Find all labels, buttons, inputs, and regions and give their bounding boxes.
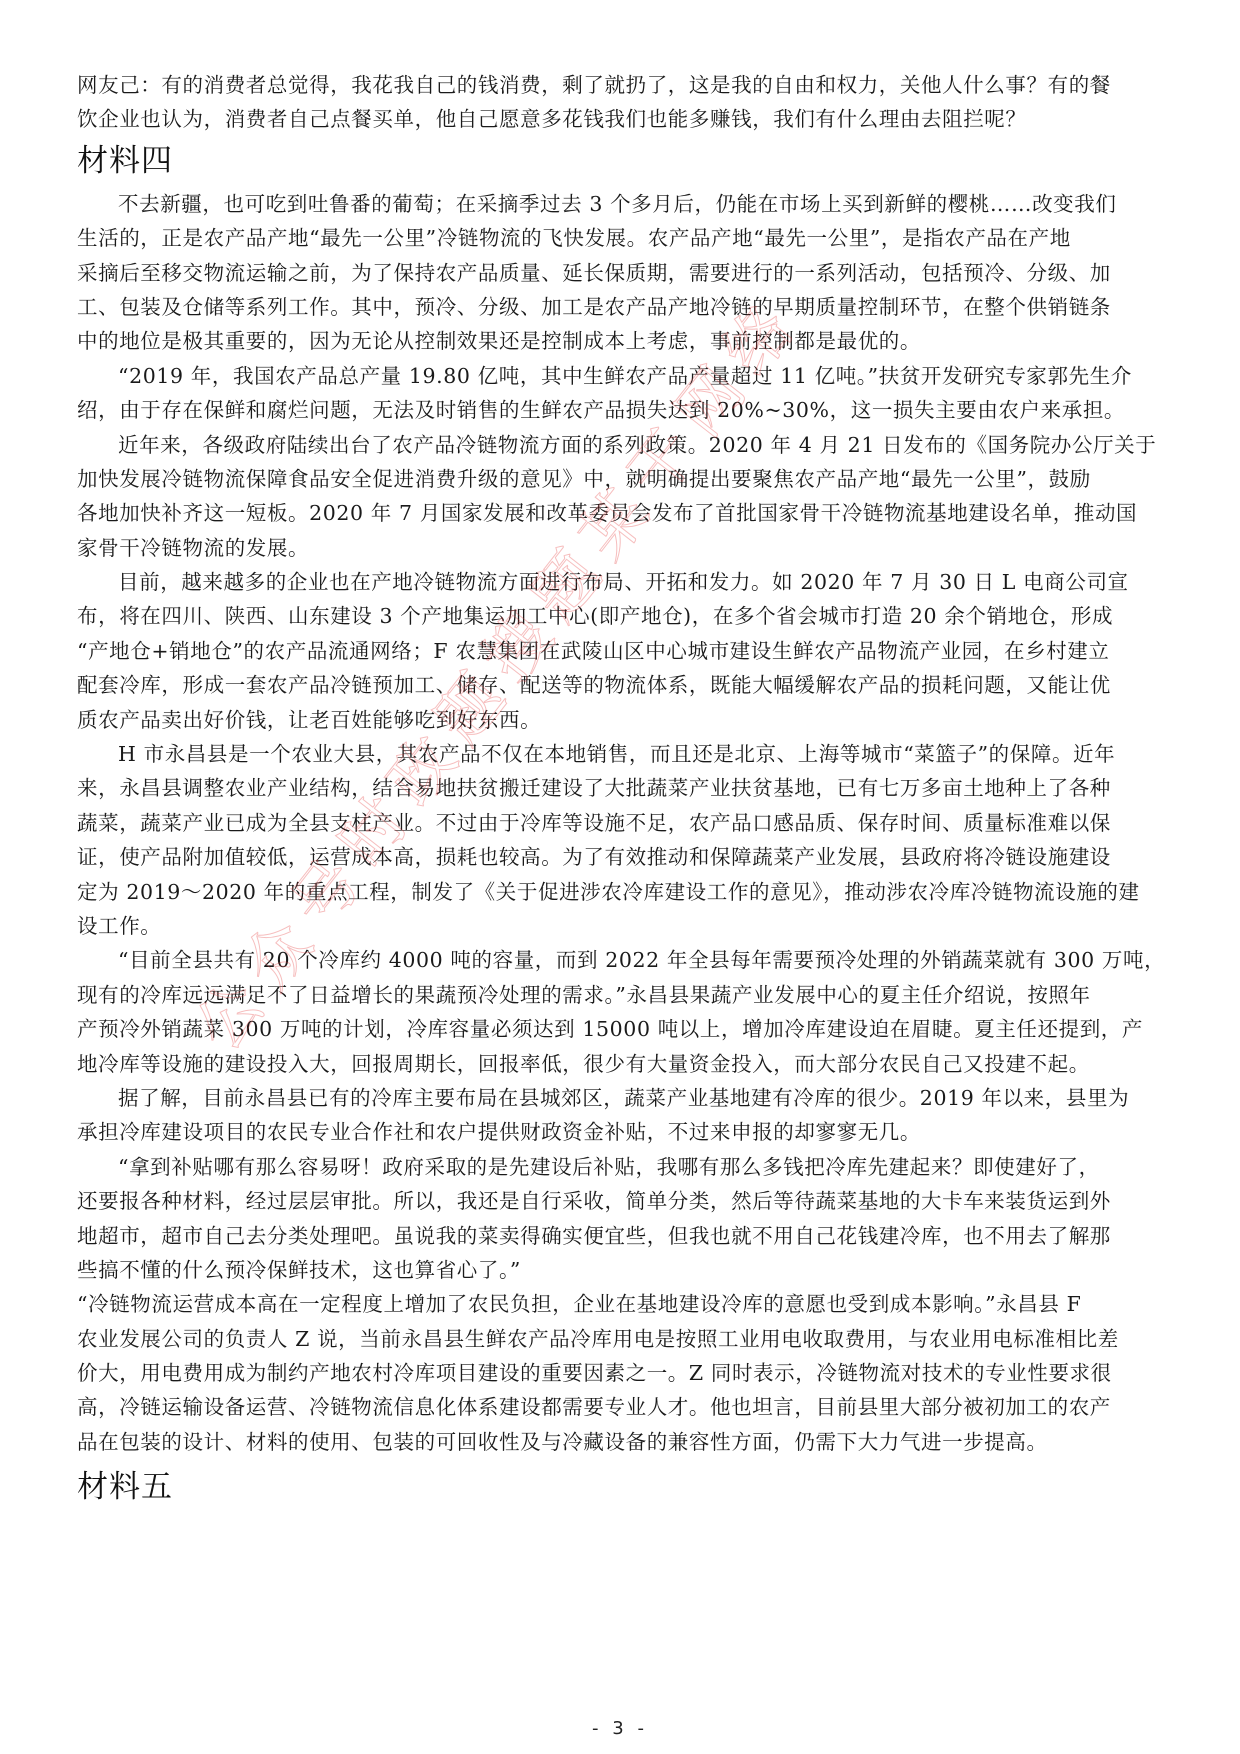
paragraph-2: “2019 年，我国农产品总产量 19.80 亿吨，其中生鲜农产品产量超过 11…: [77, 359, 1167, 428]
paragraph-line: “2019 年，我国农产品总产量 19.80 亿吨，其中生鲜农产品产量超过 11…: [77, 359, 1167, 393]
paragraph-line: H 市永昌县是一个农业大县，其农产品不仅在本地销售，而且还是北京、上海等城市“菜…: [77, 737, 1167, 771]
paragraph-line: 近年来，各级政府陆续出台了农产品冷链物流方面的系列政策。2020 年 4 月 2…: [77, 428, 1167, 462]
paragraph-6: “目前全县共有 20 个冷库约 4000 吨的容量，而到 2022 年全县每年需…: [77, 943, 1167, 1081]
paragraph-line: “产地仓+销地仓”的农产品流通网络；F 农慧集团在武陵山区中心城市建设生鲜农产品…: [77, 634, 1167, 668]
paragraph-line: 地冷库等设施的建设投入大，回报周期长，回报率低，很少有大量资金投入，而大部分农民…: [77, 1047, 1167, 1081]
section-title-material-4: 材料四: [77, 139, 1167, 183]
paragraph-8: “拿到补贴哪有那么容易呀！政府采取的是先建设后补贴，我哪有那么多钱把冷库先建起来…: [77, 1150, 1167, 1288]
paragraph-1: 不去新疆，也可吃到吐鲁番的葡萄；在采摘季过去 3 个多月后，仍能在市场上买到新鲜…: [77, 187, 1167, 359]
paragraph-line: 产预冷外销蔬菜 300 万吨的计划，冷库容量必须达到 15000 吨以上，增加冷…: [77, 1012, 1167, 1046]
paragraph-line: “冷链物流运营成本高在一定程度上增加了农民负担，企业在基地建设冷库的意愿也受到成…: [77, 1287, 1167, 1321]
paragraph-line: 高，冷链运输设备运营、冷链物流信息化体系建设都需要专业人才。他也坦言，目前县里大…: [77, 1390, 1167, 1424]
paragraph-line: 品在包装的设计、材料的使用、包装的可回收性及与冷藏设备的兼容性方面，仍需下大力气…: [77, 1425, 1167, 1459]
intro-line-1: 网友己：有的消费者总觉得，我花我自己的钱消费，剩了就扔了，这是我的自由和权力，关…: [77, 68, 1167, 102]
section-title-material-5: 材料五: [77, 1465, 1167, 1509]
paragraph-line: 来，永昌县调整农业产业结构，结合易地扶贫搬迁建设了大批蔬菜产业扶贫基地，已有七万…: [77, 771, 1167, 805]
page-number: - 3 -: [0, 1718, 1240, 1739]
paragraph-line: 布，将在四川、陕西、山东建设 3 个产地集运加工中心(即产地仓)，在多个省会城市…: [77, 599, 1167, 633]
paragraph-line: “目前全县共有 20 个冷库约 4000 吨的容量，而到 2022 年全县每年需…: [77, 943, 1167, 977]
paragraph-line: 家骨干冷链物流的发展。: [77, 531, 1167, 565]
intro-line-2: 饮企业也认为，消费者自己点餐买单，他自己愿意多花钱我们也能多赚钱，我们有什么理由…: [77, 102, 1167, 136]
paragraph-line: 各地加快补齐这一短板。2020 年 7 月国家发展和改革委员会发布了首批国家骨干…: [77, 496, 1167, 530]
paragraph-line: 价大，用电费用成为制约产地农村冷库项目建设的重要因素之一。Z 同时表示，冷链物流…: [77, 1356, 1167, 1390]
paragraph-5: H 市永昌县是一个农业大县，其农产品不仅在本地销售，而且还是北京、上海等城市“菜…: [77, 737, 1167, 943]
paragraph-line: 承担冷库建设项目的农民专业合作社和农户提供财政资金补贴，不过来申报的却寥寥无几。: [77, 1115, 1167, 1149]
paragraph-line: 证，使产品附加值较低，运营成本高，损耗也较高。为了有效推动和保障蔬菜产业发展，县…: [77, 840, 1167, 874]
paragraph-line: 还要报各种材料，经过层层审批。所以，我还是自行采收，简单分类，然后等待蔬菜基地的…: [77, 1184, 1167, 1218]
paragraph-line: 配套冷库，形成一套农产品冷链预加工、储存、配送等的物流体系，既能大幅缓解农产品的…: [77, 668, 1167, 702]
paragraph-line: 目前，越来越多的企业也在产地冷链物流方面进行布局、开拓和发力。如 2020 年 …: [77, 565, 1167, 599]
paragraph-4: 目前，越来越多的企业也在产地冷链物流方面进行布局、开拓和发力。如 2020 年 …: [77, 565, 1167, 737]
paragraph-line: 设工作。: [77, 909, 1167, 943]
paragraph-7: 据了解，目前永昌县已有的冷库主要布局在县城郊区，蔬菜产业基地建有冷库的很少。20…: [77, 1081, 1167, 1150]
paragraph-line: 据了解，目前永昌县已有的冷库主要布局在县城郊区，蔬菜产业基地建有冷库的很少。20…: [77, 1081, 1167, 1115]
paragraph-line: 绍，由于存在保鲜和腐烂问题，无法及时销售的生鲜农产品损失达到 20%~30%，这…: [77, 393, 1167, 427]
paragraph-line: “拿到补贴哪有那么容易呀！政府采取的是先建设后补贴，我哪有那么多钱把冷库先建起来…: [77, 1150, 1167, 1184]
paragraph-line: 中的地位是极其重要的，因为无论从控制效果还是控制成本上考虑，事前控制都是最优的。: [77, 324, 1167, 358]
paragraph-line: 现有的冷库远远满足不了日益增长的果蔬预冷处理的需求。”永昌县果蔬产业发展中心的夏…: [77, 978, 1167, 1012]
paragraph-9: “冷链物流运营成本高在一定程度上增加了农民负担，企业在基地建设冷库的意愿也受到成…: [77, 1287, 1167, 1459]
paragraph-3: 近年来，各级政府陆续出台了农产品冷链物流方面的系列政策。2020 年 4 月 2…: [77, 428, 1167, 566]
paragraph-line: 蔬菜，蔬菜产业已成为全县支柱产业。不过由于冷库等设施不足，农产品口感品质、保存时…: [77, 806, 1167, 840]
paragraph-line: 定为 2019～2020 年的重点工程，制发了《关于促进涉农冷库建设工作的意见》…: [77, 875, 1167, 909]
paragraph-line: 质农产品卖出好价钱，让老百姓能够吃到好东西。: [77, 703, 1167, 737]
paragraph-line: 不去新疆，也可吃到吐鲁番的葡萄；在采摘季过去 3 个多月后，仍能在市场上买到新鲜…: [77, 187, 1167, 221]
paragraph-line: 采摘后至移交物流运输之前，为了保持农产品质量、延长保质期，需要进行的一系列活动，…: [77, 256, 1167, 290]
paragraph-line: 农业发展公司的负责人 Z 说，当前永昌县生鲜农产品冷库用电是按照工业用电收取费用…: [77, 1322, 1167, 1356]
paragraph-line: 加快发展冷链物流保障食品安全促进消费升级的意见》中，就明确提出要聚焦农产品产地“…: [77, 462, 1167, 496]
paragraph-line: 工、包装及仓储等系列工作。其中，预冷、分级、加工是农产品产地冷链的早期质量控制环…: [77, 290, 1167, 324]
paragraph-line: 地超市，超市自己去分类处理吧。虽说我的菜卖得确实便宜些，但我也就不用自己花钱建冷…: [77, 1219, 1167, 1253]
paragraph-line: 生活的，正是农产品产地“最先一公里”冷链物流的飞快发展。农产品产地“最先一公里”…: [77, 221, 1167, 255]
paragraph-line: 些搞不懂的什么预冷保鲜技术，这也算省心了。”: [77, 1253, 1167, 1287]
document-page: 网友己：有的消费者总觉得，我花我自己的钱消费，剩了就扔了，这是我的自由和权力，关…: [77, 68, 1167, 1513]
